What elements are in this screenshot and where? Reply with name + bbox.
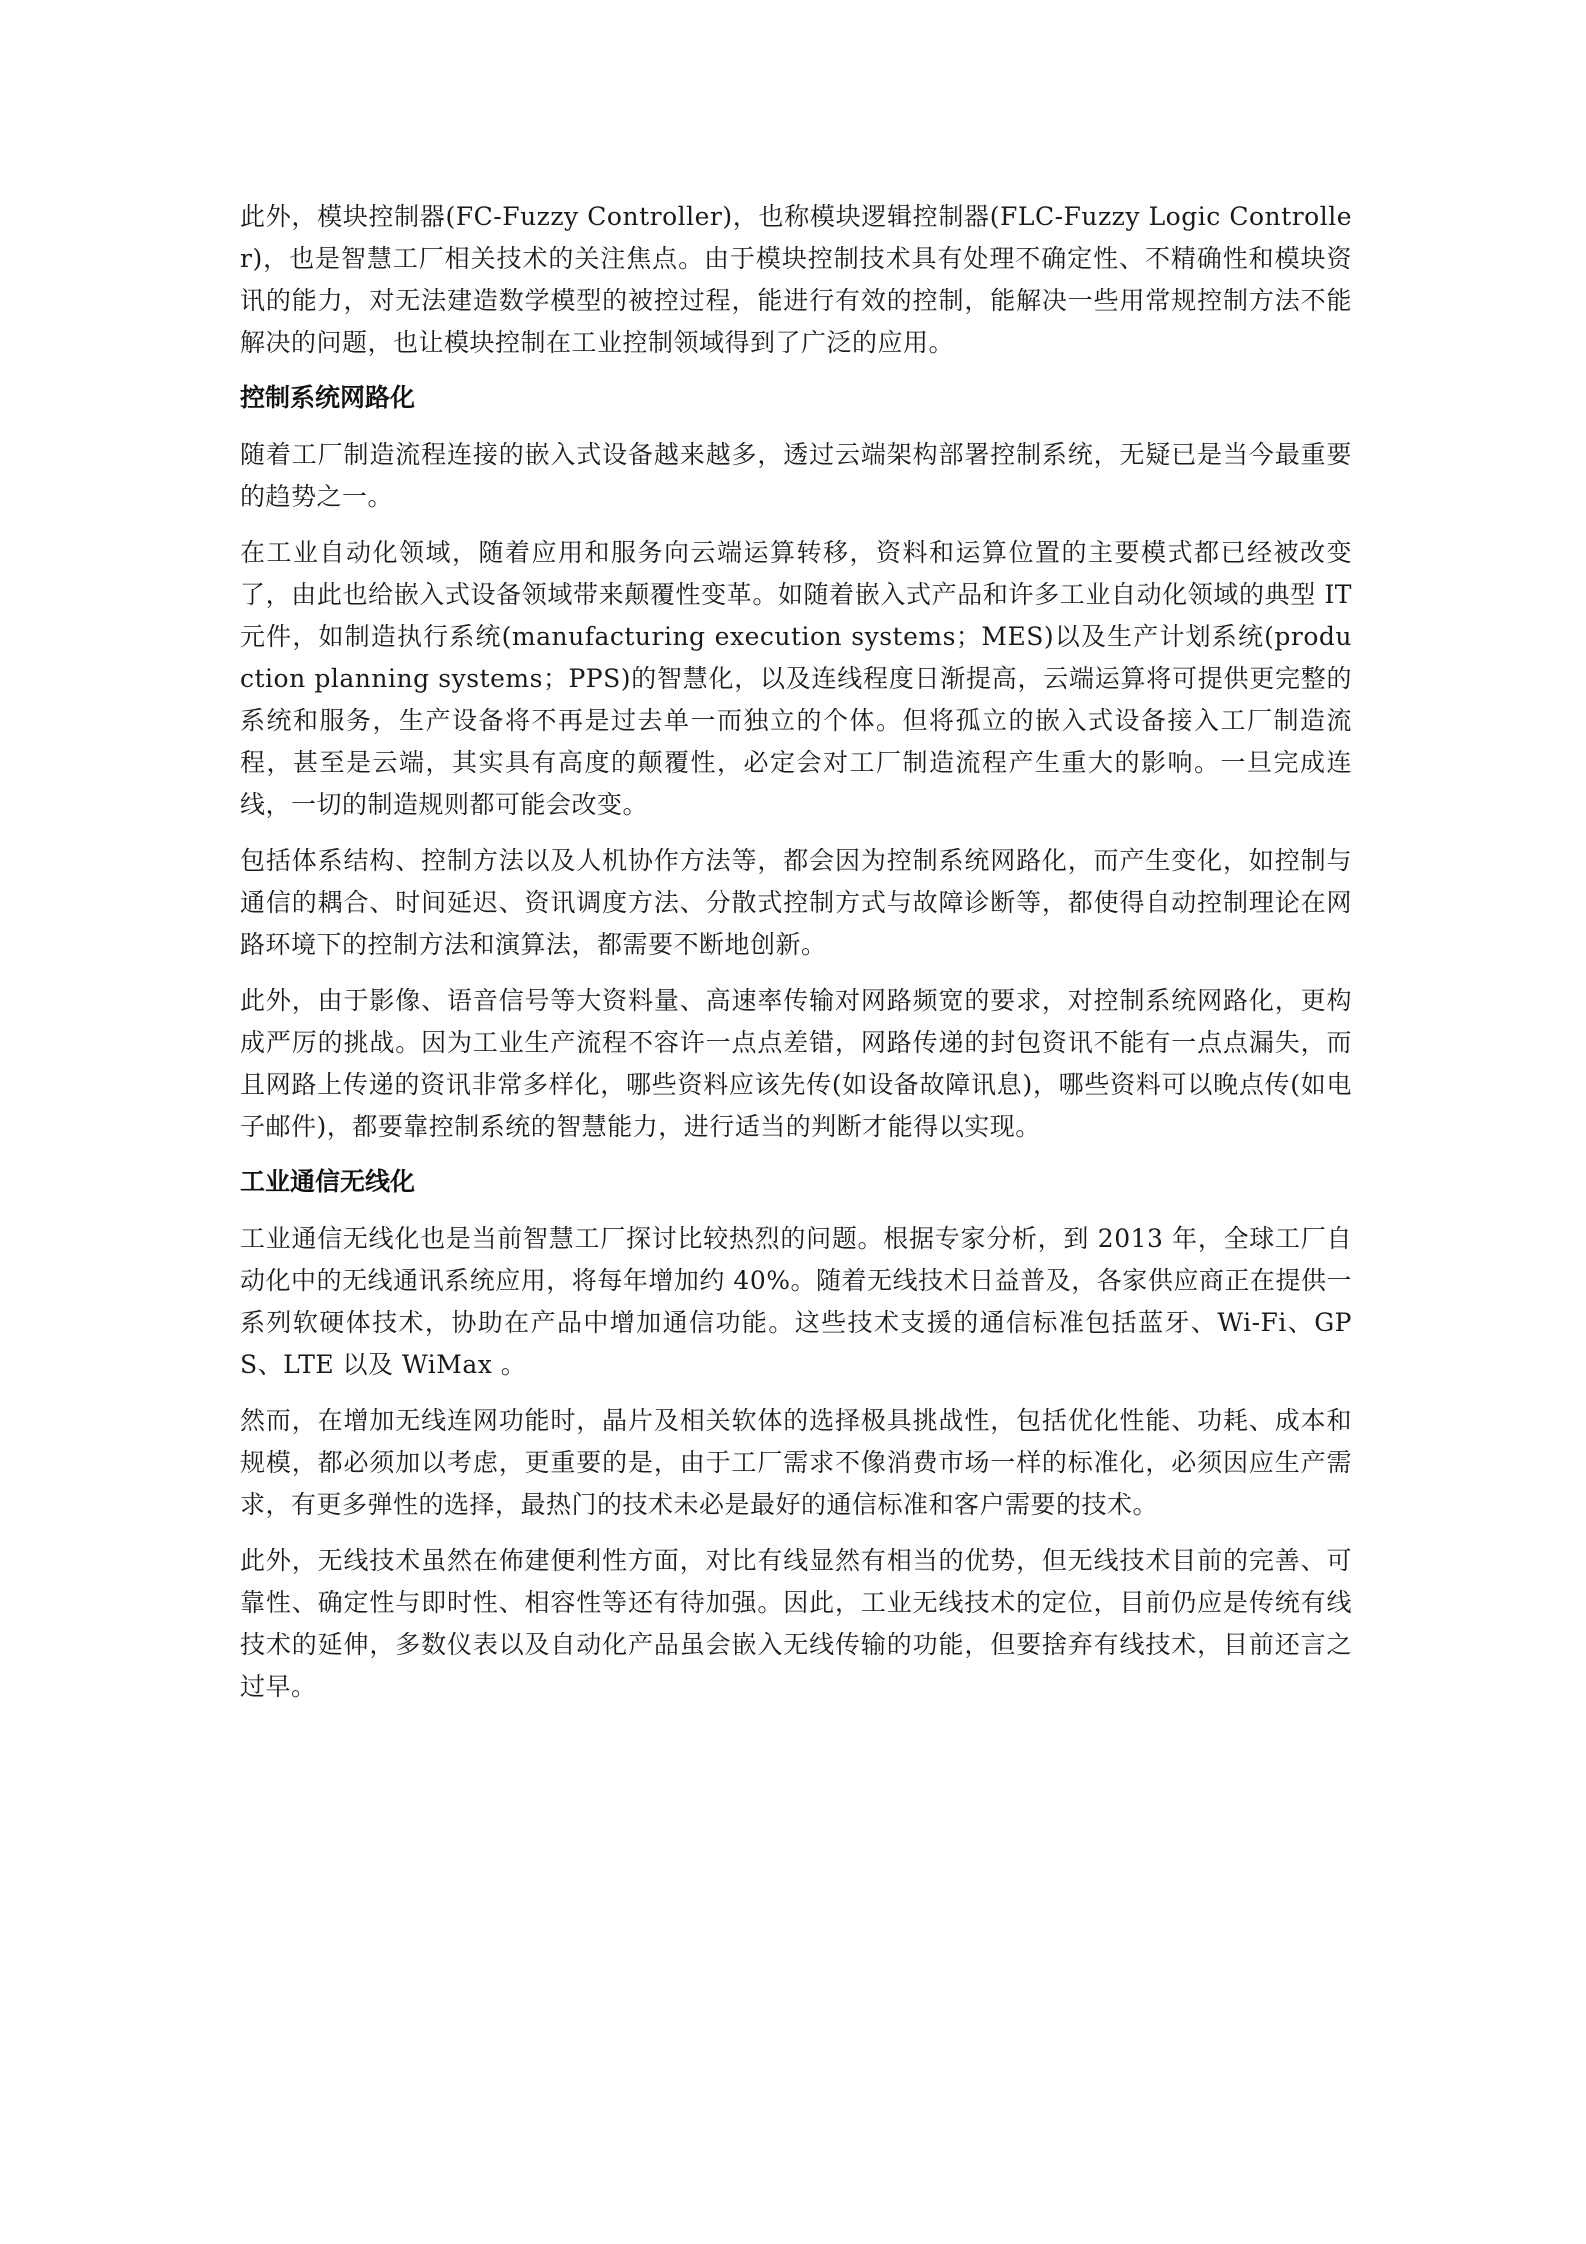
paragraph-wireless-growth: 工业通信无线化也是当前智慧工厂探讨比较热烈的问题。根据专家分析，到 2013 年… [240, 1218, 1352, 1386]
paragraph-industrial-automation-cloud: 在工业自动化领域，随着应用和服务向云端运算转移，资料和运算位置的主要模式都已经被… [240, 532, 1352, 826]
paragraph-embedded-cloud: 随着工厂制造流程连接的嵌入式设备越来越多，透过云端架构部署控制系统，无疑已是当今… [240, 434, 1352, 518]
paragraph-architecture-changes: 包括体系结构、控制方法以及人机协作方法等，都会因为控制系统网路化，而产生变化，如… [240, 840, 1352, 966]
paragraph-bandwidth-challenge: 此外，由于影像、语音信号等大资料量、高速率传输对网路频宽的要求，对控制系统网路化… [240, 980, 1352, 1148]
paragraph-fuzzy-controller: 此外，模块控制器(FC-Fuzzy Controller)，也称模块逻辑控制器(… [240, 196, 1352, 364]
paragraph-wireless-positioning: 此外，无线技术虽然在佈建便利性方面，对比有线显然有相当的优势，但无线技术目前的完… [240, 1540, 1352, 1708]
section-heading-wireless-communication: 工业通信无线化 [240, 1162, 1352, 1202]
paragraph-wireless-chip-selection: 然而，在增加无线连网功能时，晶片及相关软体的选择极具挑战性，包括优化性能、功耗、… [240, 1400, 1352, 1526]
section-heading-network-control: 控制系统网路化 [240, 378, 1352, 418]
document-page: 此外，模块控制器(FC-Fuzzy Controller)，也称模块逻辑控制器(… [240, 196, 1352, 1722]
